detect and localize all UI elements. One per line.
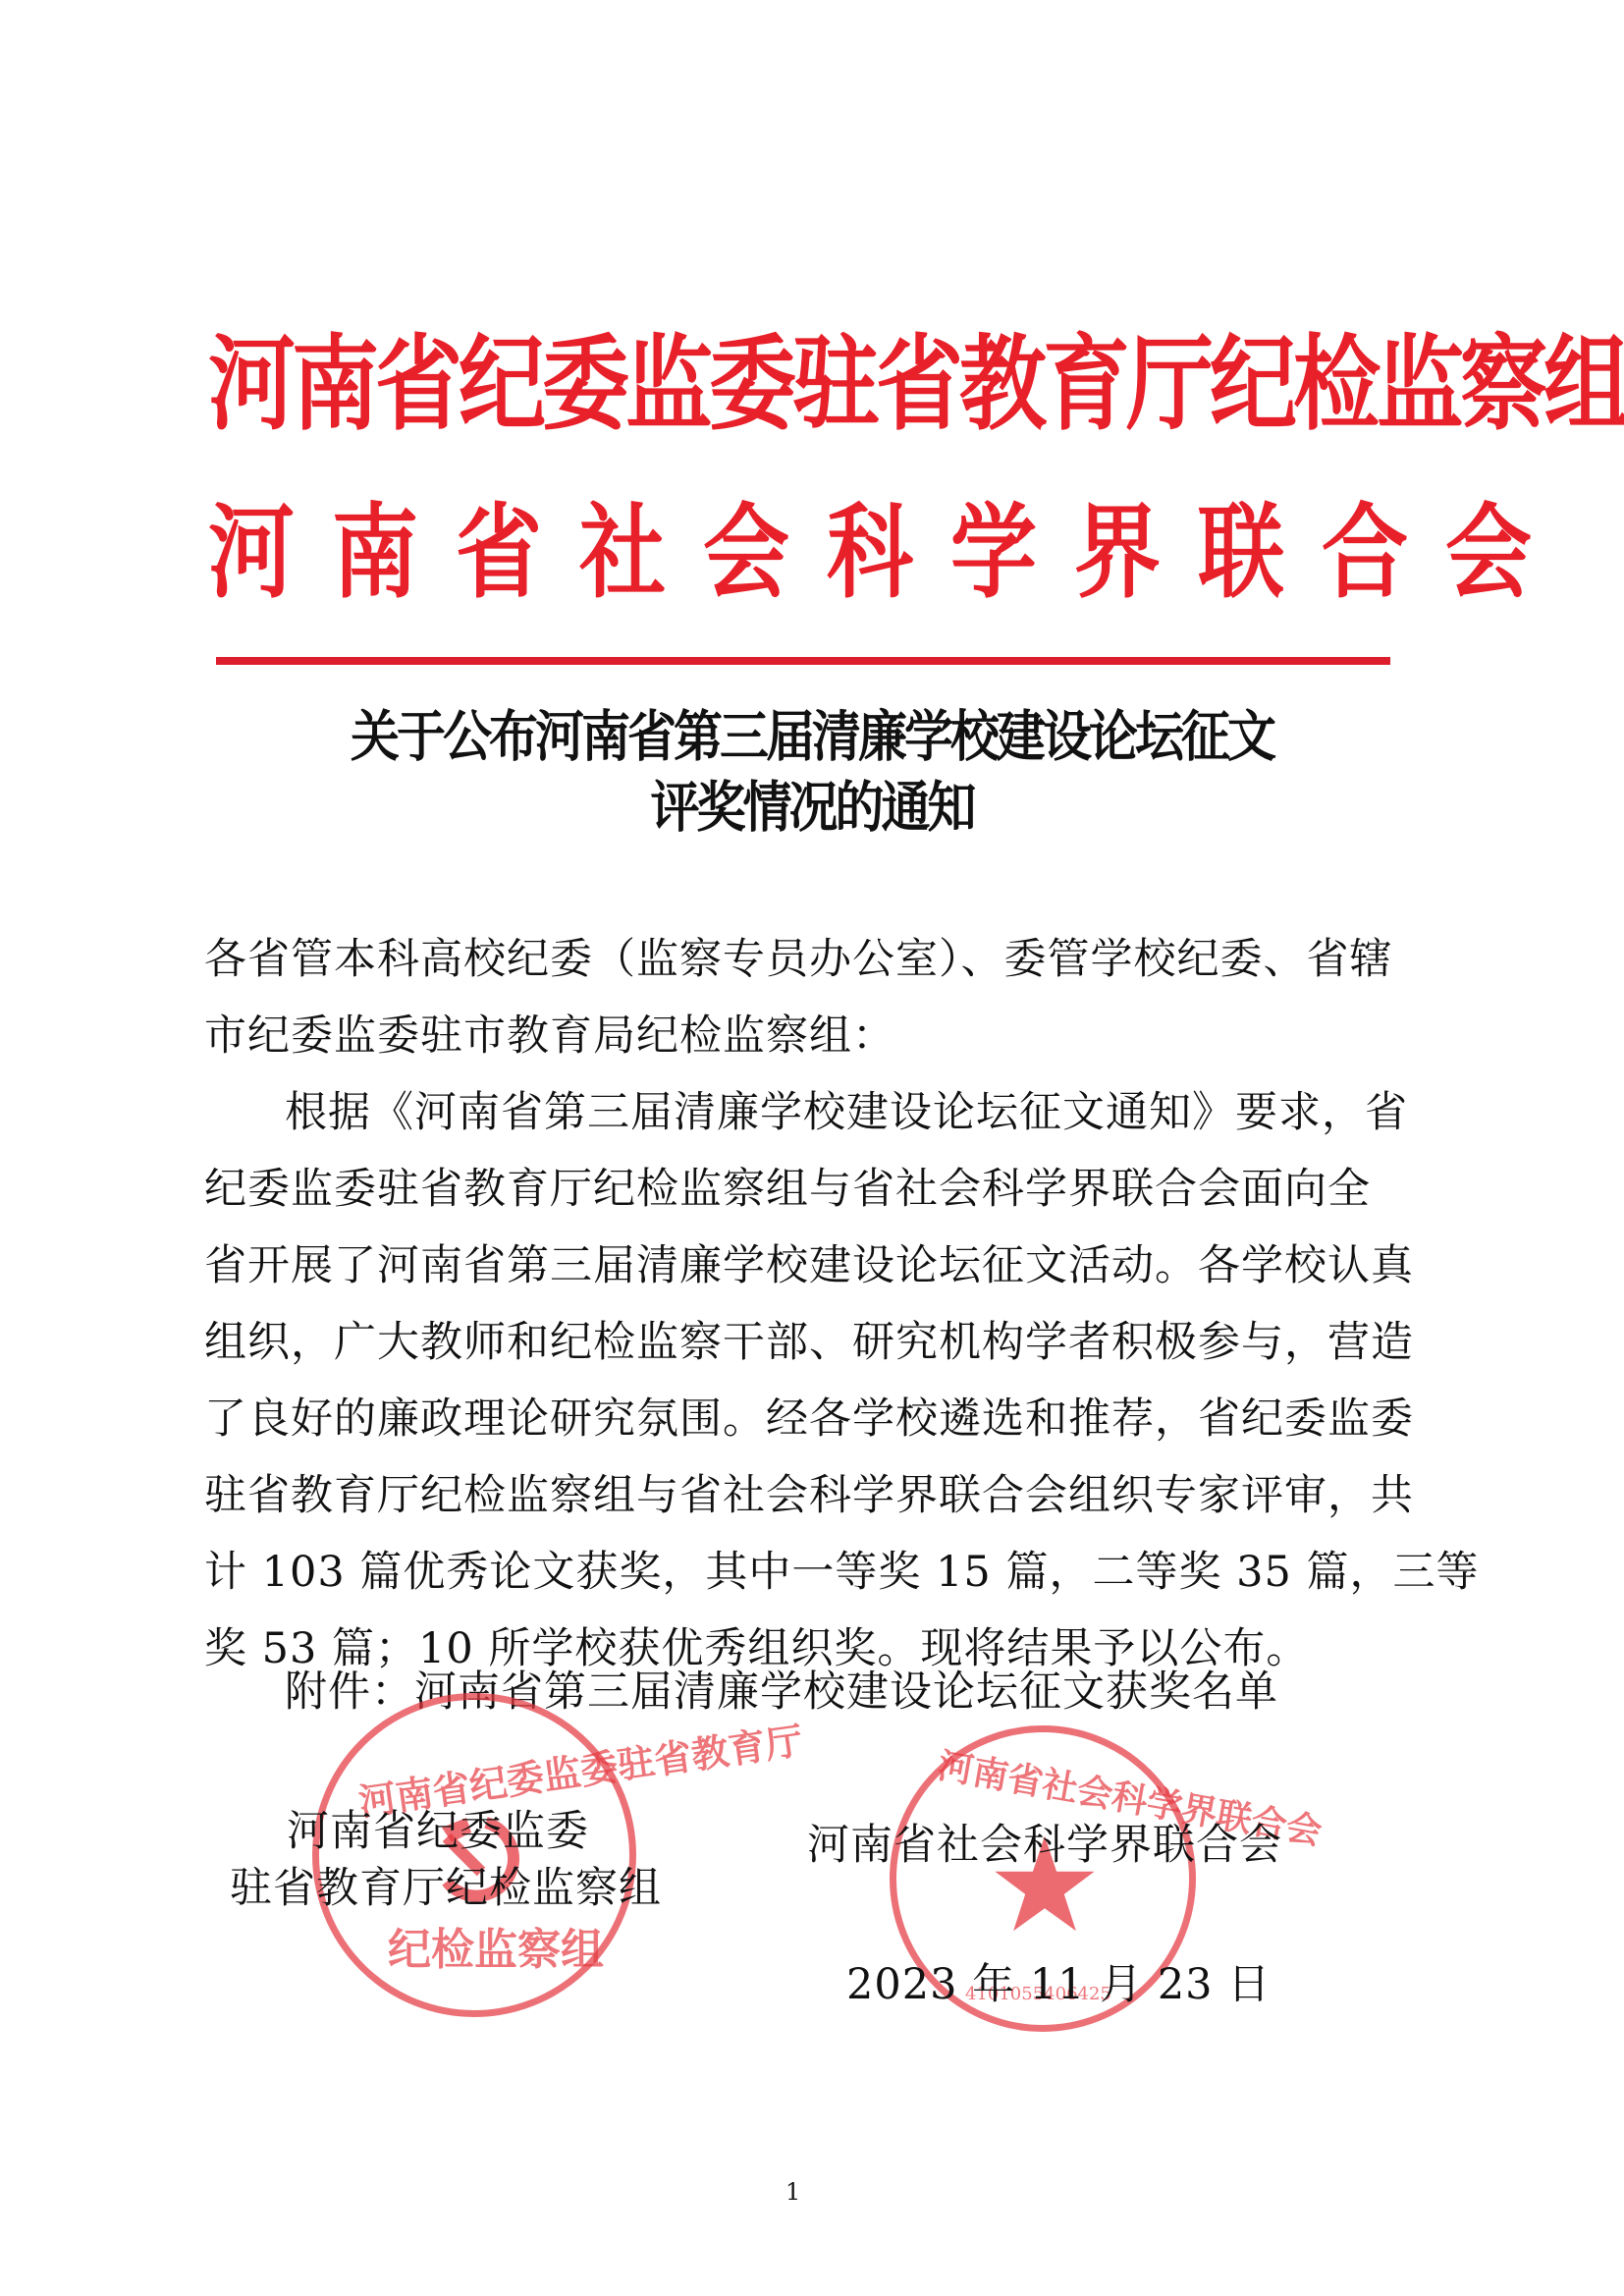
salutation-line-2: 市纪委监委驻市教育局纪检监察组：: [204, 1015, 1412, 1058]
document-title-line-2: 评奖情况的通知: [177, 768, 1447, 847]
salutation-line-1: 各省管本科高校纪委（监察专员办公室）、委管学校纪委、省辖: [204, 939, 1412, 981]
masthead-issuer-2: 河南省社会科学界联合会: [208, 501, 1416, 603]
paragraph-line: 了良好的廉政理论研究氛围。经各学校遴选和推荐，省纪委监委: [204, 1398, 1412, 1441]
paragraph-line: 奖 53 篇；10 所学校获优秀组织奖。现将结果予以公布。: [204, 1628, 1412, 1670]
issue-date: 2023 年 11 月 23 日: [846, 1964, 1271, 2006]
document-page: 河南省纪委监委驻省教育厅纪检监察组 河南省社会科学界联合会 关于公布河南省第三届…: [0, 0, 1624, 2296]
page-number: 1: [785, 2178, 800, 2206]
paragraph-line: 省开展了河南省第三届清廉学校建设论坛征文活动。各学校认真: [204, 1245, 1412, 1287]
masthead-issuer-1: 河南省纪委监委驻省教育厅纪检监察组: [208, 332, 1416, 435]
paragraph-line: 驻省教育厅纪检监察组与省社会科学界联合会组织专家评审，共: [204, 1475, 1412, 1517]
red-divider-rule: [216, 657, 1390, 665]
signature-left-line-1: 河南省纪委监委: [287, 1811, 589, 1853]
paragraph-line: 纪委监委驻省教育厅纪检监察组与省社会科学界联合会面向全: [204, 1169, 1412, 1211]
paragraph-line: 根据《河南省第三届清廉学校建设论坛征文通知》要求，省: [285, 1092, 1492, 1134]
paragraph-line: 组织，广大教师和纪检监察干部、研究机构学者积极参与，营造: [204, 1322, 1412, 1364]
signature-left-line-2: 驻省教育厅纪检监察组: [230, 1868, 662, 1910]
paragraph-line: 计 103 篇优秀论文获奖，其中一等奖 15 篇，二等奖 35 篇，三等: [204, 1552, 1412, 1594]
document-title-line-1: 关于公布河南省第三届清廉学校建设论坛征文: [177, 697, 1447, 777]
seal-center-text: 纪检监察组: [388, 1914, 604, 1977]
signature-right-line-1: 河南省社会科学界联合会: [807, 1825, 1282, 1867]
